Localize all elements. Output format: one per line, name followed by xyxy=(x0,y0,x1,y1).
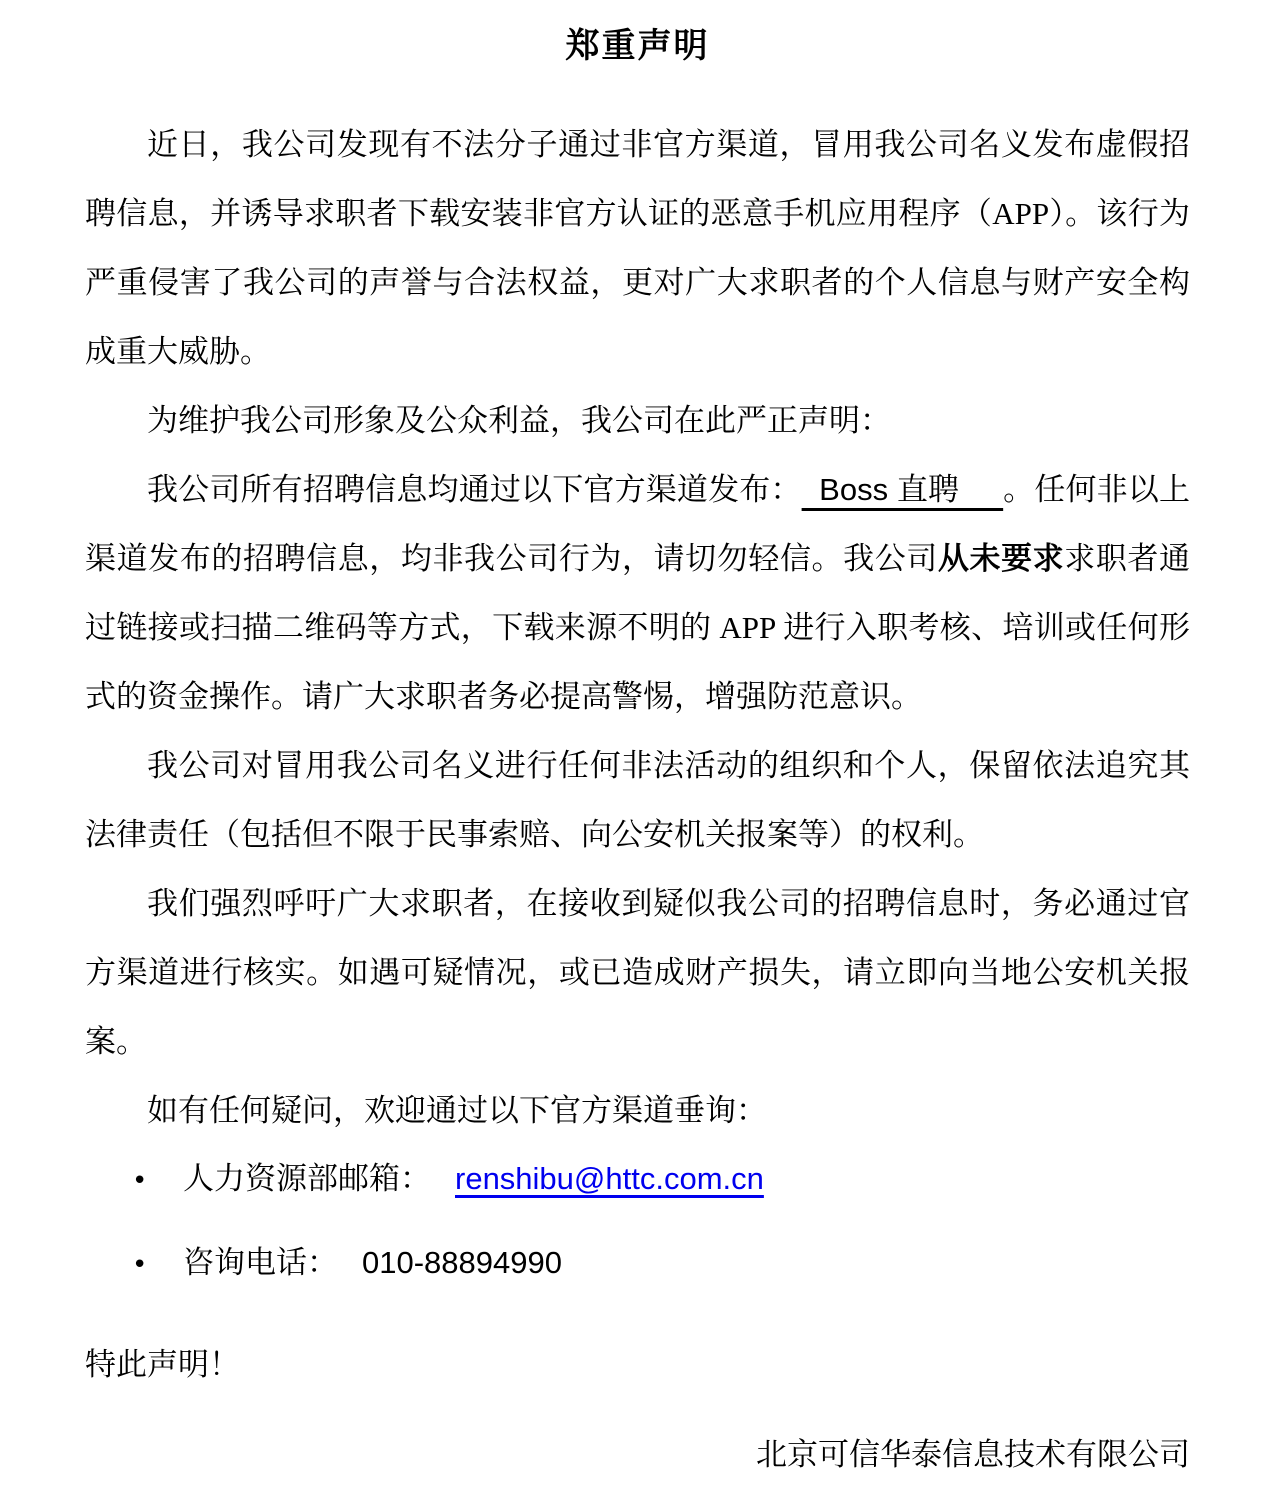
paragraph-intro: 近日，我公司发现有不法分子通过非官方渠道，冒用我公司名义发布虚假招聘信息，并诱导… xyxy=(85,110,1190,386)
phone-number: 010-88894990 xyxy=(362,1239,562,1287)
never-require-bold-text: 从未要求 xyxy=(938,541,1064,576)
bullet-icon: • xyxy=(132,1157,183,1205)
paragraph-inquiry-lead: 如有任何疑问，欢迎通过以下官方渠道垂询： xyxy=(85,1076,1190,1145)
paragraph-appeal: 我们强烈呼吁广大求职者，在接收到疑似我公司的招聘信息时，务必通过官方渠道进行核实… xyxy=(85,869,1190,1076)
document-title-text: 郑重声明 xyxy=(566,28,710,65)
list-item-phone: • 咨询电话： 010-88894990 xyxy=(85,1239,1190,1289)
contact-list: • 人力资源部邮箱： renshibu@httc.com.cn • 咨询电话： … xyxy=(85,1155,1190,1289)
official-channels-text: 我公司所有招聘信息均通过以下官方渠道发布： xyxy=(147,472,802,507)
document-title: 郑重声明 xyxy=(85,22,1190,72)
phone-label: 咨询电话： xyxy=(183,1239,338,1287)
paragraph-legal-rights: 我公司对冒用我公司名义进行任何非法活动的组织和个人，保留依法追究其法律责任（包括… xyxy=(85,731,1190,869)
bullet-icon: • xyxy=(132,1241,183,1289)
hr-email-label: 人力资源部邮箱： xyxy=(183,1155,431,1203)
closing-statement: 特此声明！ xyxy=(85,1341,1190,1389)
hr-email-link[interactable]: renshibu@httc.com.cn xyxy=(455,1155,764,1203)
paragraph-declaration-lead: 为维护我公司形象及公众利益，我公司在此严正声明： xyxy=(85,386,1190,455)
official-channel-underlined-value: Boss 直聘 xyxy=(802,472,1004,507)
document-page: 郑重声明 近日，我公司发现有不法分子通过非官方渠道，冒用我公司名义发布虚假招聘信… xyxy=(0,0,1274,1485)
list-item-hr-email: • 人力资源部邮箱： renshibu@httc.com.cn xyxy=(85,1155,1190,1205)
paragraph-official-channels: 我公司所有招聘信息均通过以下官方渠道发布： Boss 直聘 。任何非以上渠道发布… xyxy=(85,455,1190,731)
company-signature: 北京可信华泰信息技术有限公司 xyxy=(85,1431,1190,1479)
